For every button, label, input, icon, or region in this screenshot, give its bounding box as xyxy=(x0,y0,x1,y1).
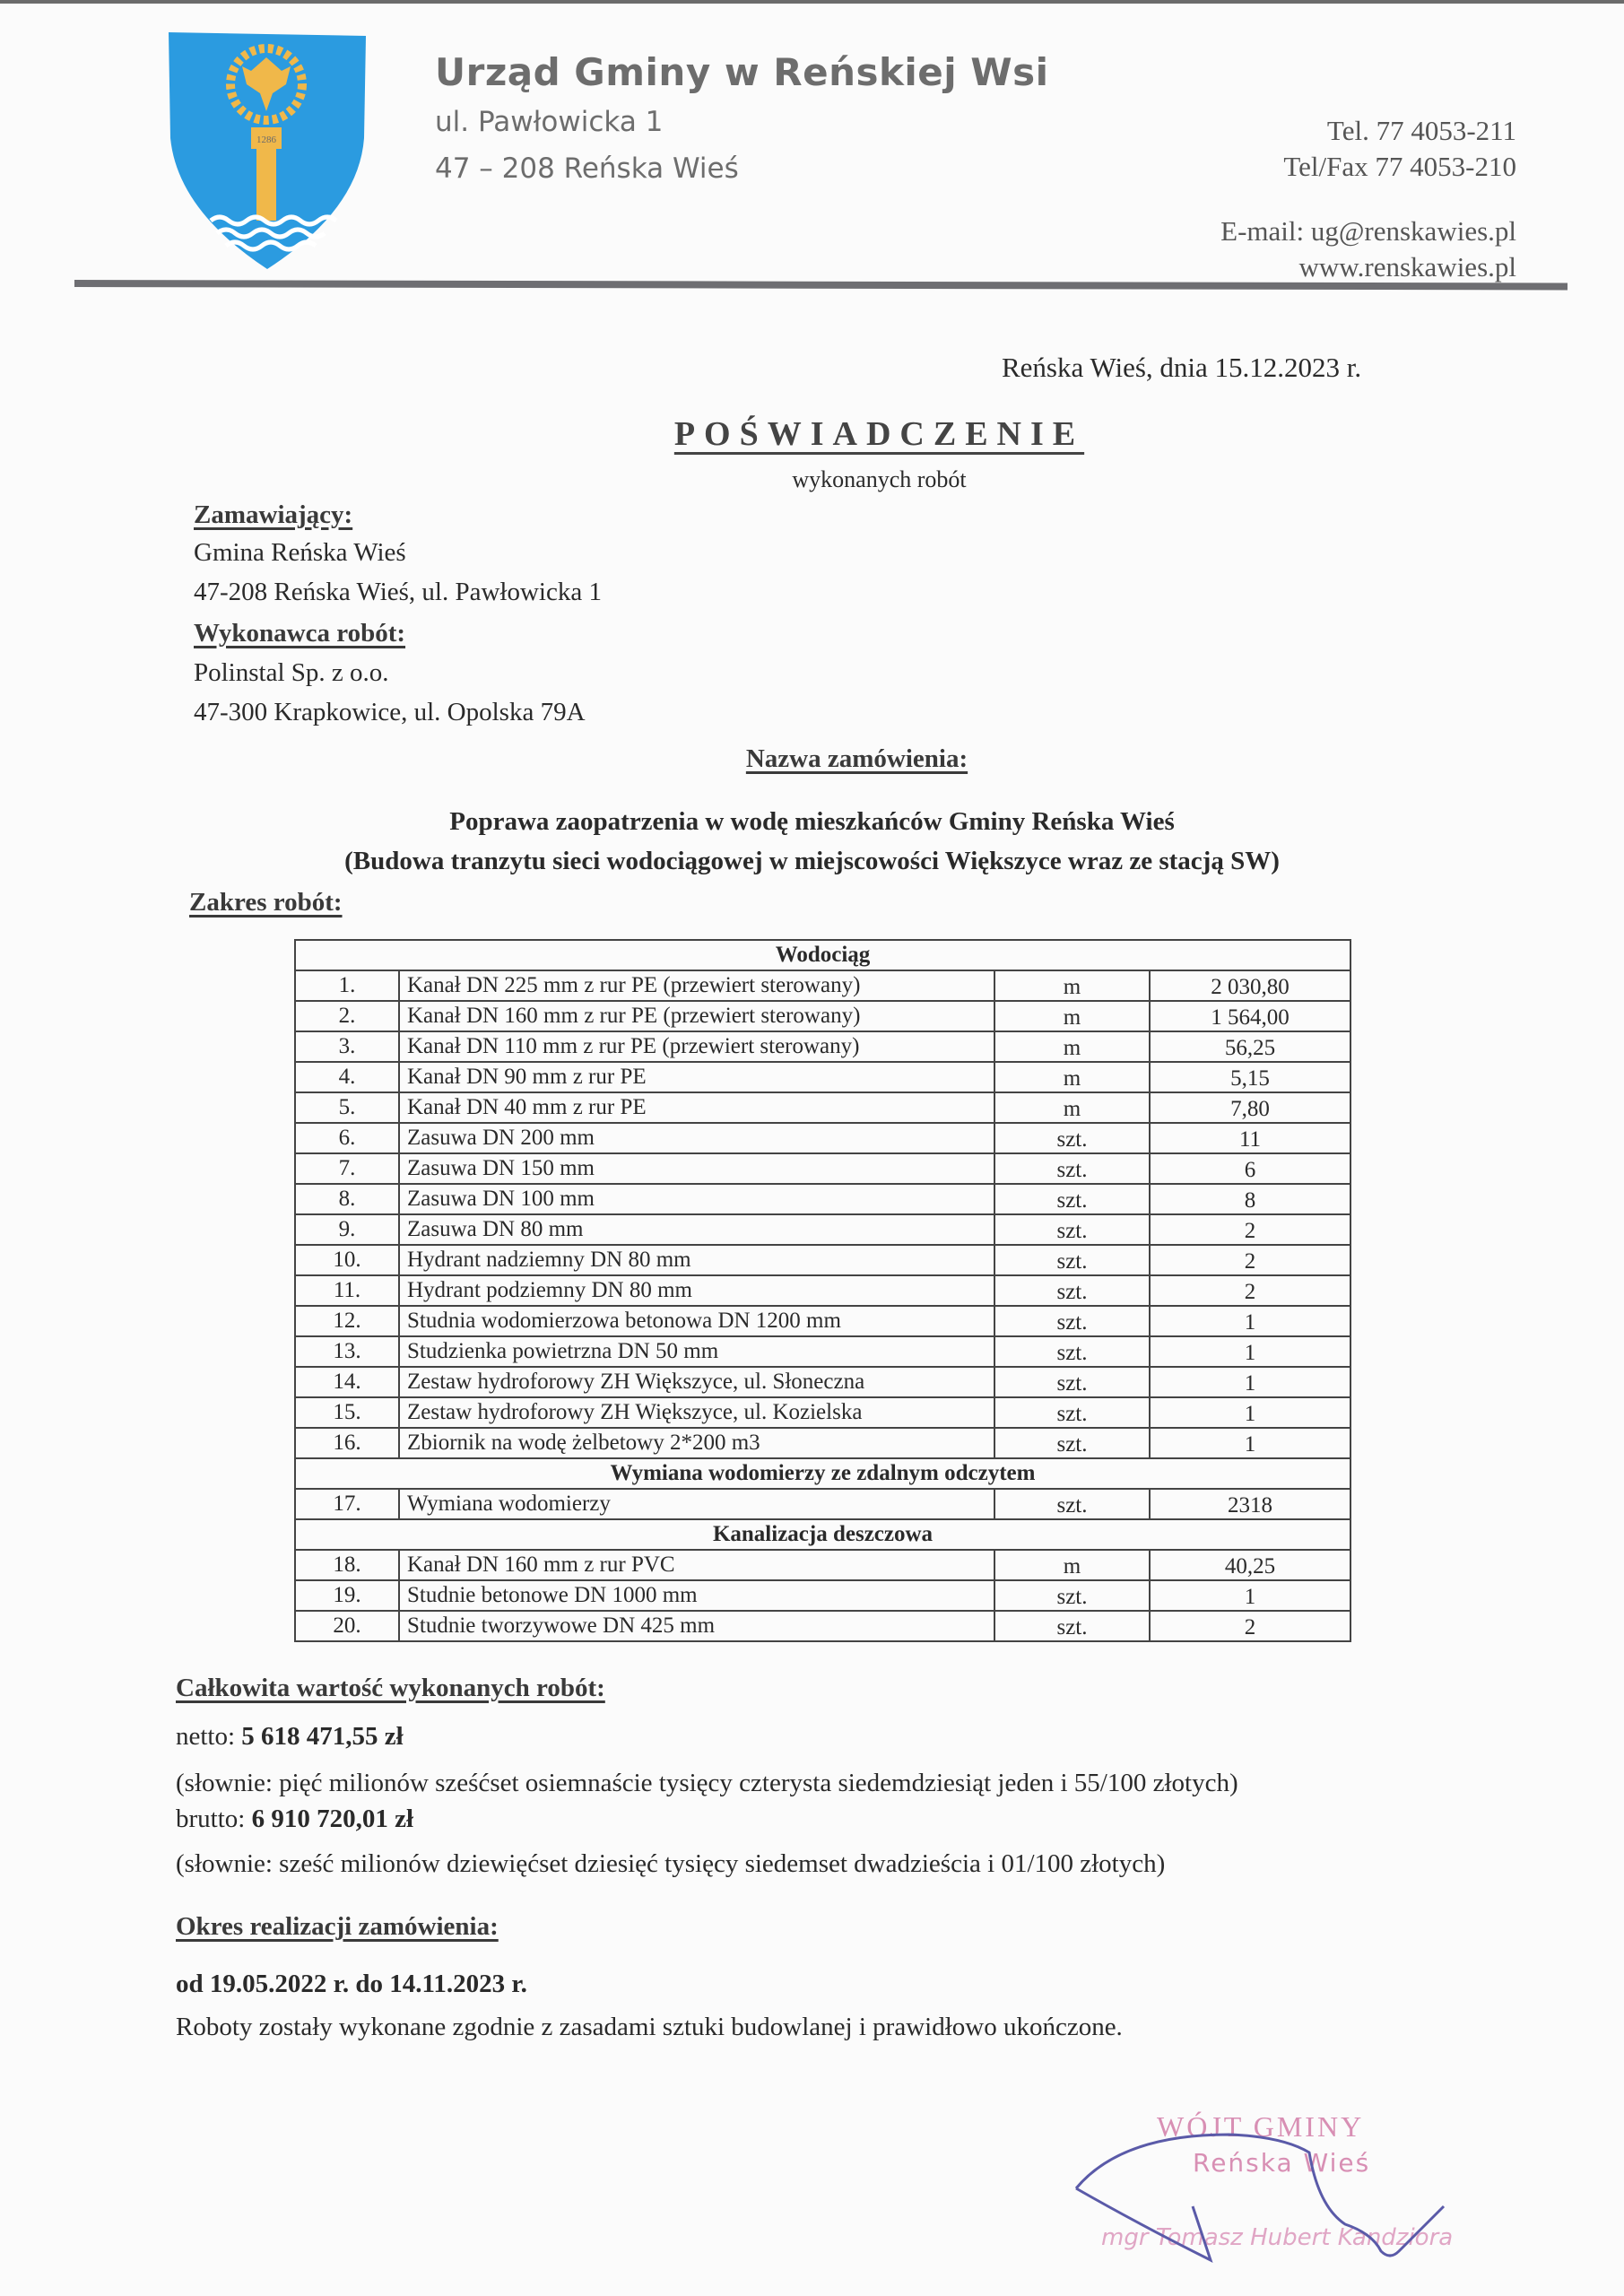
row-number: 4. xyxy=(295,1062,399,1092)
table-group-header: Wodociąg xyxy=(295,940,1350,970)
table-row: 18.Kanał DN 160 mm z rur PVCm40,25 xyxy=(295,1550,1350,1580)
org-address-city: 47 – 208 Reńska Wieś xyxy=(435,152,739,185)
table-row: 1.Kanał DN 225 mm z rur PE (przewiert st… xyxy=(295,970,1350,1001)
row-unit: szt. xyxy=(994,1275,1150,1306)
row-description: Studnia wodomierzowa betonowa DN 1200 mm xyxy=(399,1306,994,1336)
ordering-party-address: 47-208 Reńska Wieś, ul. Pawłowicka 1 xyxy=(194,578,602,607)
brutto-amount: brutto: 6 910 720,01 zł xyxy=(176,1805,413,1834)
place-and-date: Reńska Wieś, dnia 15.12.2023 r. xyxy=(1002,352,1361,384)
org-fax: Tel/Fax 77 4053-210 xyxy=(1283,151,1516,183)
row-unit: szt. xyxy=(994,1367,1150,1397)
scope-label: Zakres robót: xyxy=(189,888,343,918)
row-number: 15. xyxy=(295,1397,399,1428)
org-website: www.renskawies.pl xyxy=(1299,251,1517,283)
row-number: 12. xyxy=(295,1306,399,1336)
row-description: Zasuwa DN 150 mm xyxy=(399,1153,994,1184)
document-title: POŚWIADCZENIE xyxy=(0,414,1624,454)
table-row: 14.Zestaw hydroforowy ZH Większyce, ul. … xyxy=(295,1367,1350,1397)
row-number: 10. xyxy=(295,1245,399,1275)
row-unit: m xyxy=(994,1092,1150,1123)
row-description: Kanał DN 225 mm z rur PE (przewiert ster… xyxy=(399,970,994,1001)
table-row: 16.Zbiornik na wodę żelbetowy 2*200 m3sz… xyxy=(295,1428,1350,1458)
table-row: 19.Studnie betonowe DN 1000 mmszt.1 xyxy=(295,1580,1350,1611)
row-number: 16. xyxy=(295,1428,399,1458)
table-row: 4.Kanał DN 90 mm z rur PEm5,15 xyxy=(295,1062,1350,1092)
org-email: E-mail: ug@renskawies.pl xyxy=(1220,215,1516,248)
row-description: Zbiornik na wodę żelbetowy 2*200 m3 xyxy=(399,1428,994,1458)
row-description: Studnie tworzywowe DN 425 mm xyxy=(399,1611,994,1641)
row-description: Zestaw hydroforowy ZH Większyce, ul. Koz… xyxy=(399,1397,994,1428)
row-number: 11. xyxy=(295,1275,399,1306)
row-quantity: 2 030,80 xyxy=(1150,970,1350,1001)
row-quantity: 1 xyxy=(1150,1428,1350,1458)
row-unit: szt. xyxy=(994,1336,1150,1367)
row-quantity: 1 xyxy=(1150,1580,1350,1611)
row-quantity: 2 xyxy=(1150,1611,1350,1641)
row-unit: szt. xyxy=(994,1214,1150,1245)
table-row: 6.Zasuwa DN 200 mmszt.11 xyxy=(295,1123,1350,1153)
row-number: 20. xyxy=(295,1611,399,1641)
row-quantity: 2 xyxy=(1150,1214,1350,1245)
netto-in-words: (słownie: pięć milionów sześćset osiemna… xyxy=(176,1769,1238,1798)
total-value-label: Całkowita wartość wykonanych robót: xyxy=(176,1674,605,1703)
scope-of-works-table: Wodociąg1.Kanał DN 225 mm z rur PE (prze… xyxy=(294,939,1351,1642)
row-description: Zestaw hydroforowy ZH Większyce, ul. Sło… xyxy=(399,1367,994,1397)
row-unit: szt. xyxy=(994,1428,1150,1458)
table-group-header: Kanalizacja deszczowa xyxy=(295,1519,1350,1550)
table-row: 5.Kanał DN 40 mm z rur PEm7,80 xyxy=(295,1092,1350,1123)
row-number: 8. xyxy=(295,1184,399,1214)
handwritten-signature-icon xyxy=(1067,2099,1480,2278)
row-quantity: 1 xyxy=(1150,1306,1350,1336)
table-row: 10.Hydrant nadziemny DN 80 mmszt.2 xyxy=(295,1245,1350,1275)
netto-amount: netto: 5 618 471,55 zł xyxy=(176,1722,404,1752)
row-description: Kanał DN 110 mm z rur PE (przewiert ster… xyxy=(399,1031,994,1062)
table-row: 2.Kanał DN 160 mm z rur PE (przewiert st… xyxy=(295,1001,1350,1031)
row-unit: m xyxy=(994,1031,1150,1062)
row-unit: szt. xyxy=(994,1489,1150,1519)
row-unit: szt. xyxy=(994,1245,1150,1275)
group-title: Wodociąg xyxy=(295,940,1350,970)
period-label: Okres realizacji zamówienia: xyxy=(176,1912,499,1942)
row-quantity: 56,25 xyxy=(1150,1031,1350,1062)
row-unit: szt. xyxy=(994,1184,1150,1214)
row-quantity: 8 xyxy=(1150,1184,1350,1214)
row-quantity: 7,80 xyxy=(1150,1092,1350,1123)
ordering-party-name: Gmina Reńska Wieś xyxy=(194,538,406,568)
row-number: 18. xyxy=(295,1550,399,1580)
contractor-address: 47-300 Krapkowice, ul. Opolska 79A xyxy=(194,698,586,727)
table-row: 7.Zasuwa DN 150 mmszt.6 xyxy=(295,1153,1350,1184)
row-unit: m xyxy=(994,1001,1150,1031)
table-row: 17.Wymiana wodomierzyszt.2318 xyxy=(295,1489,1350,1519)
table-row: 3.Kanał DN 110 mm z rur PE (przewiert st… xyxy=(295,1031,1350,1062)
row-description: Studnie betonowe DN 1000 mm xyxy=(399,1580,994,1611)
page-top-edge xyxy=(0,0,1624,4)
row-quantity: 40,25 xyxy=(1150,1550,1350,1580)
row-quantity: 6 xyxy=(1150,1153,1350,1184)
row-number: 9. xyxy=(295,1214,399,1245)
row-unit: szt. xyxy=(994,1611,1150,1641)
row-description: Studzienka powietrzna DN 50 mm xyxy=(399,1336,994,1367)
row-unit: m xyxy=(994,1550,1150,1580)
row-description: Zasuwa DN 80 mm xyxy=(399,1214,994,1245)
table-row: 11.Hydrant podziemny DN 80 mmszt.2 xyxy=(295,1275,1350,1306)
row-number: 17. xyxy=(295,1489,399,1519)
table-row: 20.Studnie tworzywowe DN 425 mmszt.2 xyxy=(295,1611,1350,1641)
row-number: 13. xyxy=(295,1336,399,1367)
row-description: Wymiana wodomierzy xyxy=(399,1489,994,1519)
order-name-label: Nazwa zamówienia: xyxy=(0,744,1624,774)
completion-statement: Roboty zostały wykonane zgodnie z zasada… xyxy=(176,2013,1123,2042)
row-unit: szt. xyxy=(994,1153,1150,1184)
row-description: Kanał DN 160 mm z rur PE (przewiert ster… xyxy=(399,1001,994,1031)
svg-text:1286: 1286 xyxy=(256,135,277,145)
coat-of-arms-icon: 1286 xyxy=(161,30,372,271)
organization-name: Urząd Gminy w Reńskiej Wsi xyxy=(435,50,1049,94)
row-quantity: 1 564,00 xyxy=(1150,1001,1350,1031)
order-title-line1: Poprawa zaopatrzenia w wodę mieszkańców … xyxy=(0,807,1624,837)
netto-value: 5 618 471,55 zł xyxy=(241,1722,403,1751)
row-number: 14. xyxy=(295,1367,399,1397)
row-description: Zasuwa DN 100 mm xyxy=(399,1184,994,1214)
row-number: 19. xyxy=(295,1580,399,1611)
row-quantity: 2 xyxy=(1150,1245,1350,1275)
org-phone: Tel. 77 4053-211 xyxy=(1327,115,1516,147)
table-row: 12.Studnia wodomierzowa betonowa DN 1200… xyxy=(295,1306,1350,1336)
row-number: 1. xyxy=(295,970,399,1001)
org-address-street: ul. Pawłowicka 1 xyxy=(435,106,663,138)
table-row: 8.Zasuwa DN 100 mmszt.8 xyxy=(295,1184,1350,1214)
row-description: Kanał DN 90 mm z rur PE xyxy=(399,1062,994,1092)
row-description: Kanał DN 160 mm z rur PVC xyxy=(399,1550,994,1580)
row-unit: szt. xyxy=(994,1580,1150,1611)
row-unit: szt. xyxy=(994,1397,1150,1428)
row-unit: szt. xyxy=(994,1306,1150,1336)
row-number: 2. xyxy=(295,1001,399,1031)
row-number: 7. xyxy=(295,1153,399,1184)
row-quantity: 11 xyxy=(1150,1123,1350,1153)
table-row: 9.Zasuwa DN 80 mmszt.2 xyxy=(295,1214,1350,1245)
row-number: 3. xyxy=(295,1031,399,1062)
order-title-line2: (Budowa tranzytu sieci wodociągowej w mi… xyxy=(0,847,1624,876)
row-description: Kanał DN 40 mm z rur PE xyxy=(399,1092,994,1123)
period-value: od 19.05.2022 r. do 14.11.2023 r. xyxy=(176,1970,527,1999)
row-description: Zasuwa DN 200 mm xyxy=(399,1123,994,1153)
brutto-in-words: (słownie: sześć milionów dziewięćset dzi… xyxy=(176,1849,1165,1879)
row-unit: m xyxy=(994,1062,1150,1092)
row-quantity: 1 xyxy=(1150,1397,1350,1428)
group-title: Kanalizacja deszczowa xyxy=(295,1519,1350,1550)
group-title: Wymiana wodomierzy ze zdalnym odczytem xyxy=(295,1458,1350,1489)
document-subtitle: wykonanych robót xyxy=(0,466,1624,493)
row-unit: szt. xyxy=(994,1123,1150,1153)
contractor-name: Polinstal Sp. z o.o. xyxy=(194,658,389,688)
row-quantity: 1 xyxy=(1150,1367,1350,1397)
row-quantity: 5,15 xyxy=(1150,1062,1350,1092)
row-quantity: 1 xyxy=(1150,1336,1350,1367)
row-description: Hydrant podziemny DN 80 mm xyxy=(399,1275,994,1306)
row-number: 6. xyxy=(295,1123,399,1153)
row-unit: m xyxy=(994,970,1150,1001)
table-row: 15.Zestaw hydroforowy ZH Większyce, ul. … xyxy=(295,1397,1350,1428)
contractor-label: Wykonawca robót: xyxy=(194,619,405,648)
row-quantity: 2318 xyxy=(1150,1489,1350,1519)
table-row: 13.Studzienka powietrzna DN 50 mmszt.1 xyxy=(295,1336,1350,1367)
ordering-party-label: Zamawiający: xyxy=(194,500,352,530)
table-group-header: Wymiana wodomierzy ze zdalnym odczytem xyxy=(295,1458,1350,1489)
brutto-value: 6 910 720,01 zł xyxy=(252,1805,413,1833)
row-description: Hydrant nadziemny DN 80 mm xyxy=(399,1245,994,1275)
row-quantity: 2 xyxy=(1150,1275,1350,1306)
row-number: 5. xyxy=(295,1092,399,1123)
